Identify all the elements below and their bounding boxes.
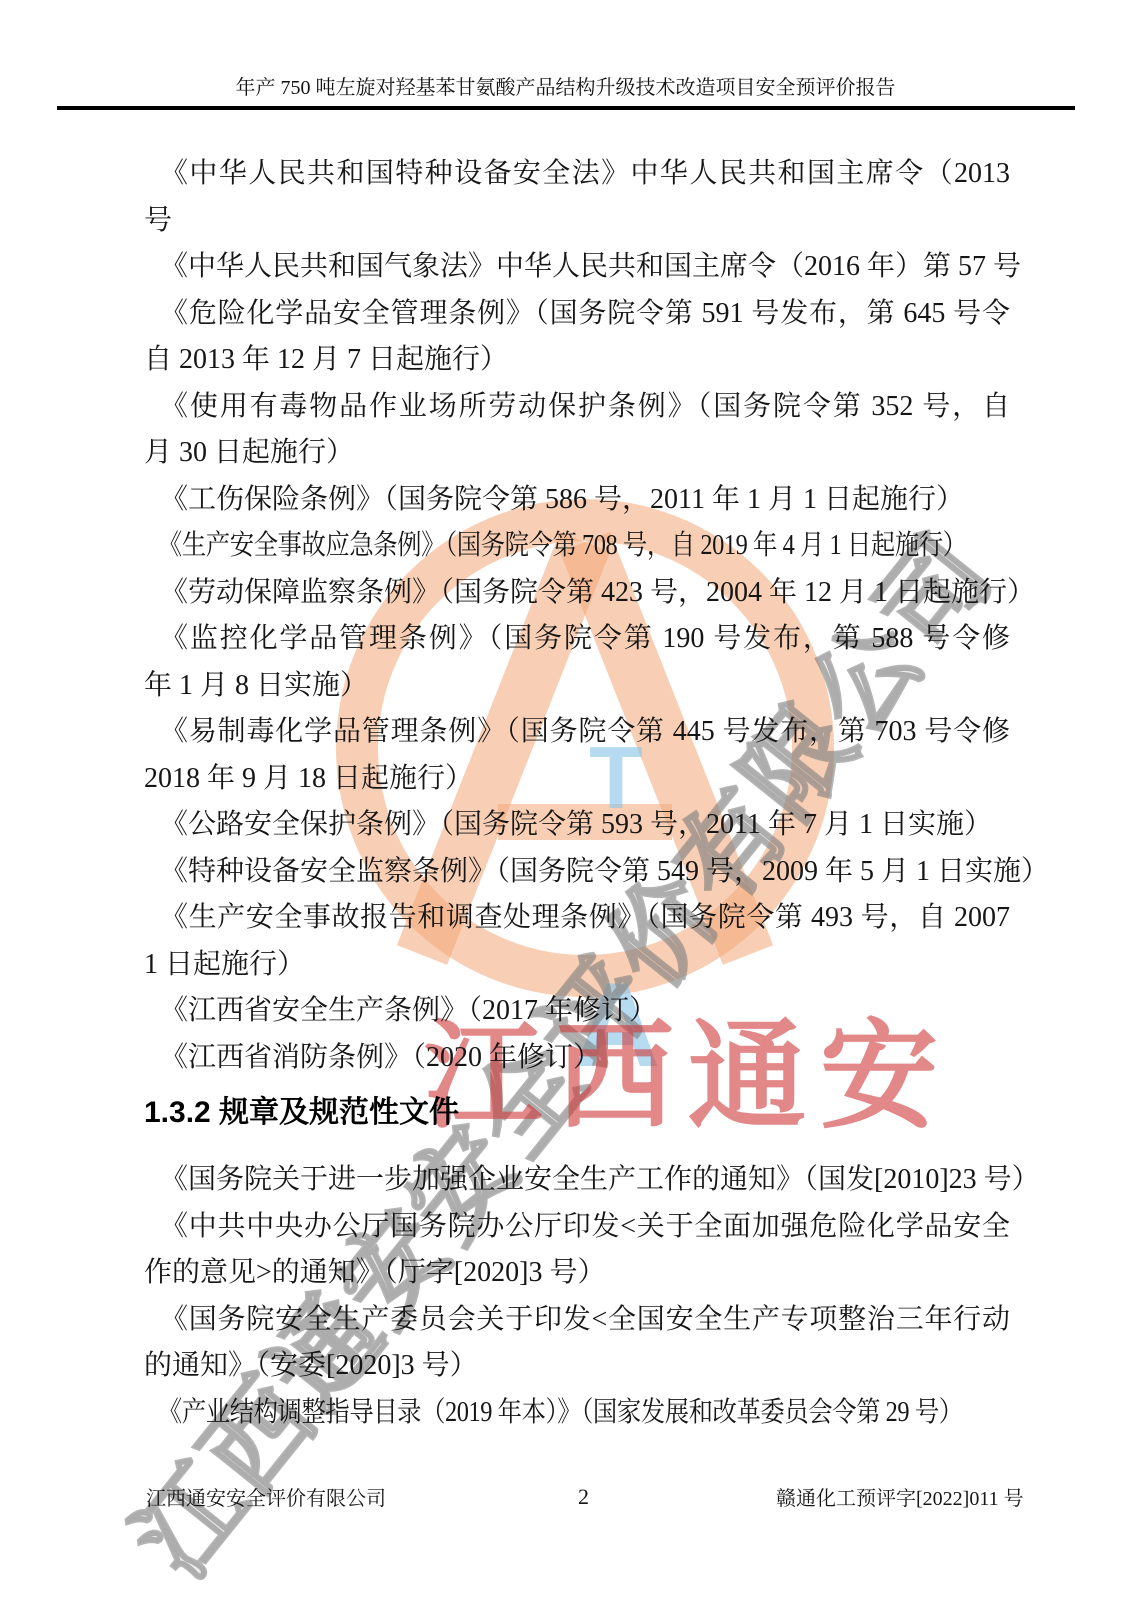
text-line: 《国务院关于进一步加强企业安全生产工作的通知》（国发[2010]23 号） xyxy=(144,1157,1010,1204)
text-line: 《工伤保险条例》（国务院令第 586 号，2011 年 1 月 1 日起施行） xyxy=(144,477,1010,524)
text-line: 1 日起施行） xyxy=(144,942,1010,989)
page-footer: 江西通安安全评价有限公司 2 赣通化工预评字[2022]011 号 xyxy=(0,1480,1131,1510)
text-line: 《特种设备安全监察条例》（国务院令第 549 号，2009 年 5 月 1 日实… xyxy=(144,849,1010,896)
text-line: 作的意见>的通知》（厅字[2020]3 号） xyxy=(144,1250,1010,1297)
text-line: 《使用有毒物品作业场所劳动保护条例》（国务院令第 352 号，自 2002 年 … xyxy=(144,384,1010,431)
text-line: 的通知》（安委[2020]3 号） xyxy=(144,1343,1010,1390)
text-line: 年 1 月 8 日实施） xyxy=(144,663,1010,710)
text-line: 《公路安全保护条例》（国务院令第 593 号，2011 年 7 月 1 日实施） xyxy=(144,802,1010,849)
text-line: 月 30 日起施行） xyxy=(144,430,1010,477)
text-line: 《生产安全事故报告和调查处理条例》（国务院令第 493 号，自 2007 年 6… xyxy=(144,895,1010,942)
text-line: 《危险化学品安全管理条例》（国务院令第 591 号发布，第 645 号令修正， xyxy=(144,291,1010,338)
document-body: 《中华人民共和国特种设备安全法》中华人民共和国主席令（2013 年）第 4号《中… xyxy=(144,151,1010,1436)
page-header-title: 年产 750 吨左旋对羟基苯甘氨酸产品结构升级技术改造项目安全预评价报告 xyxy=(0,76,1131,100)
text-line: 《易制毒化学品管理条例》（国务院令第 445 号发布，第 703 号令修改，自 xyxy=(144,709,1010,756)
text-line: 《产业结构调整指导目录（2019 年本）》（国家发展和改革委员会令第 29 号） xyxy=(144,1390,897,1437)
text-line: 《劳动保障监察条例》（国务院令第 423 号，2004 年 12 月 1 日起施… xyxy=(144,570,1010,617)
text-line: 《江西省安全生产条例》（2017 年修订） xyxy=(144,988,1010,1035)
text-line: 《中共中央办公厅国务院办公厅印发<关于全面加强危险化学品安全生产工 xyxy=(144,1204,1010,1251)
text-line: 号 xyxy=(144,198,1010,245)
footer-page-number: 2 xyxy=(578,1484,589,1510)
header-rule xyxy=(57,106,1075,110)
footer-doc-number: 赣通化工预评字[2022]011 号 xyxy=(776,1482,1024,1511)
footer-company: 江西通安安全评价有限公司 xyxy=(146,1482,386,1511)
text-line: 《生产安全事故应急条例》（国务院令第 708 号，自 2019 年 4 月 1 … xyxy=(144,523,897,570)
report-page: T A 江西通安安全评价有限公司 江西通安 年产 750 吨左旋对羟基苯甘氨酸产… xyxy=(0,0,1131,1600)
text-line: 《监控化学品管理条例》（国务院令第 190 号发布，第 588 号令修改，201… xyxy=(144,616,1010,663)
text-line: 《国务院安全生产委员会关于印发<全国安全生产专项整治三年行动计划> xyxy=(144,1297,1010,1344)
section-heading: 1.3.2 规章及规范性文件 xyxy=(144,1095,1010,1131)
text-line: 《中华人民共和国特种设备安全法》中华人民共和国主席令（2013 年）第 4 xyxy=(144,151,1010,198)
text-line: 2018 年 9 月 18 日起施行） xyxy=(144,756,1010,803)
text-line: 《江西省消防条例》（2020 年修订） xyxy=(144,1035,1010,1082)
text-line: 《中华人民共和国气象法》中华人民共和国主席令（2016 年）第 57 号 xyxy=(144,244,1010,291)
text-line: 自 2013 年 12 月 7 日起施行） xyxy=(144,337,1010,384)
